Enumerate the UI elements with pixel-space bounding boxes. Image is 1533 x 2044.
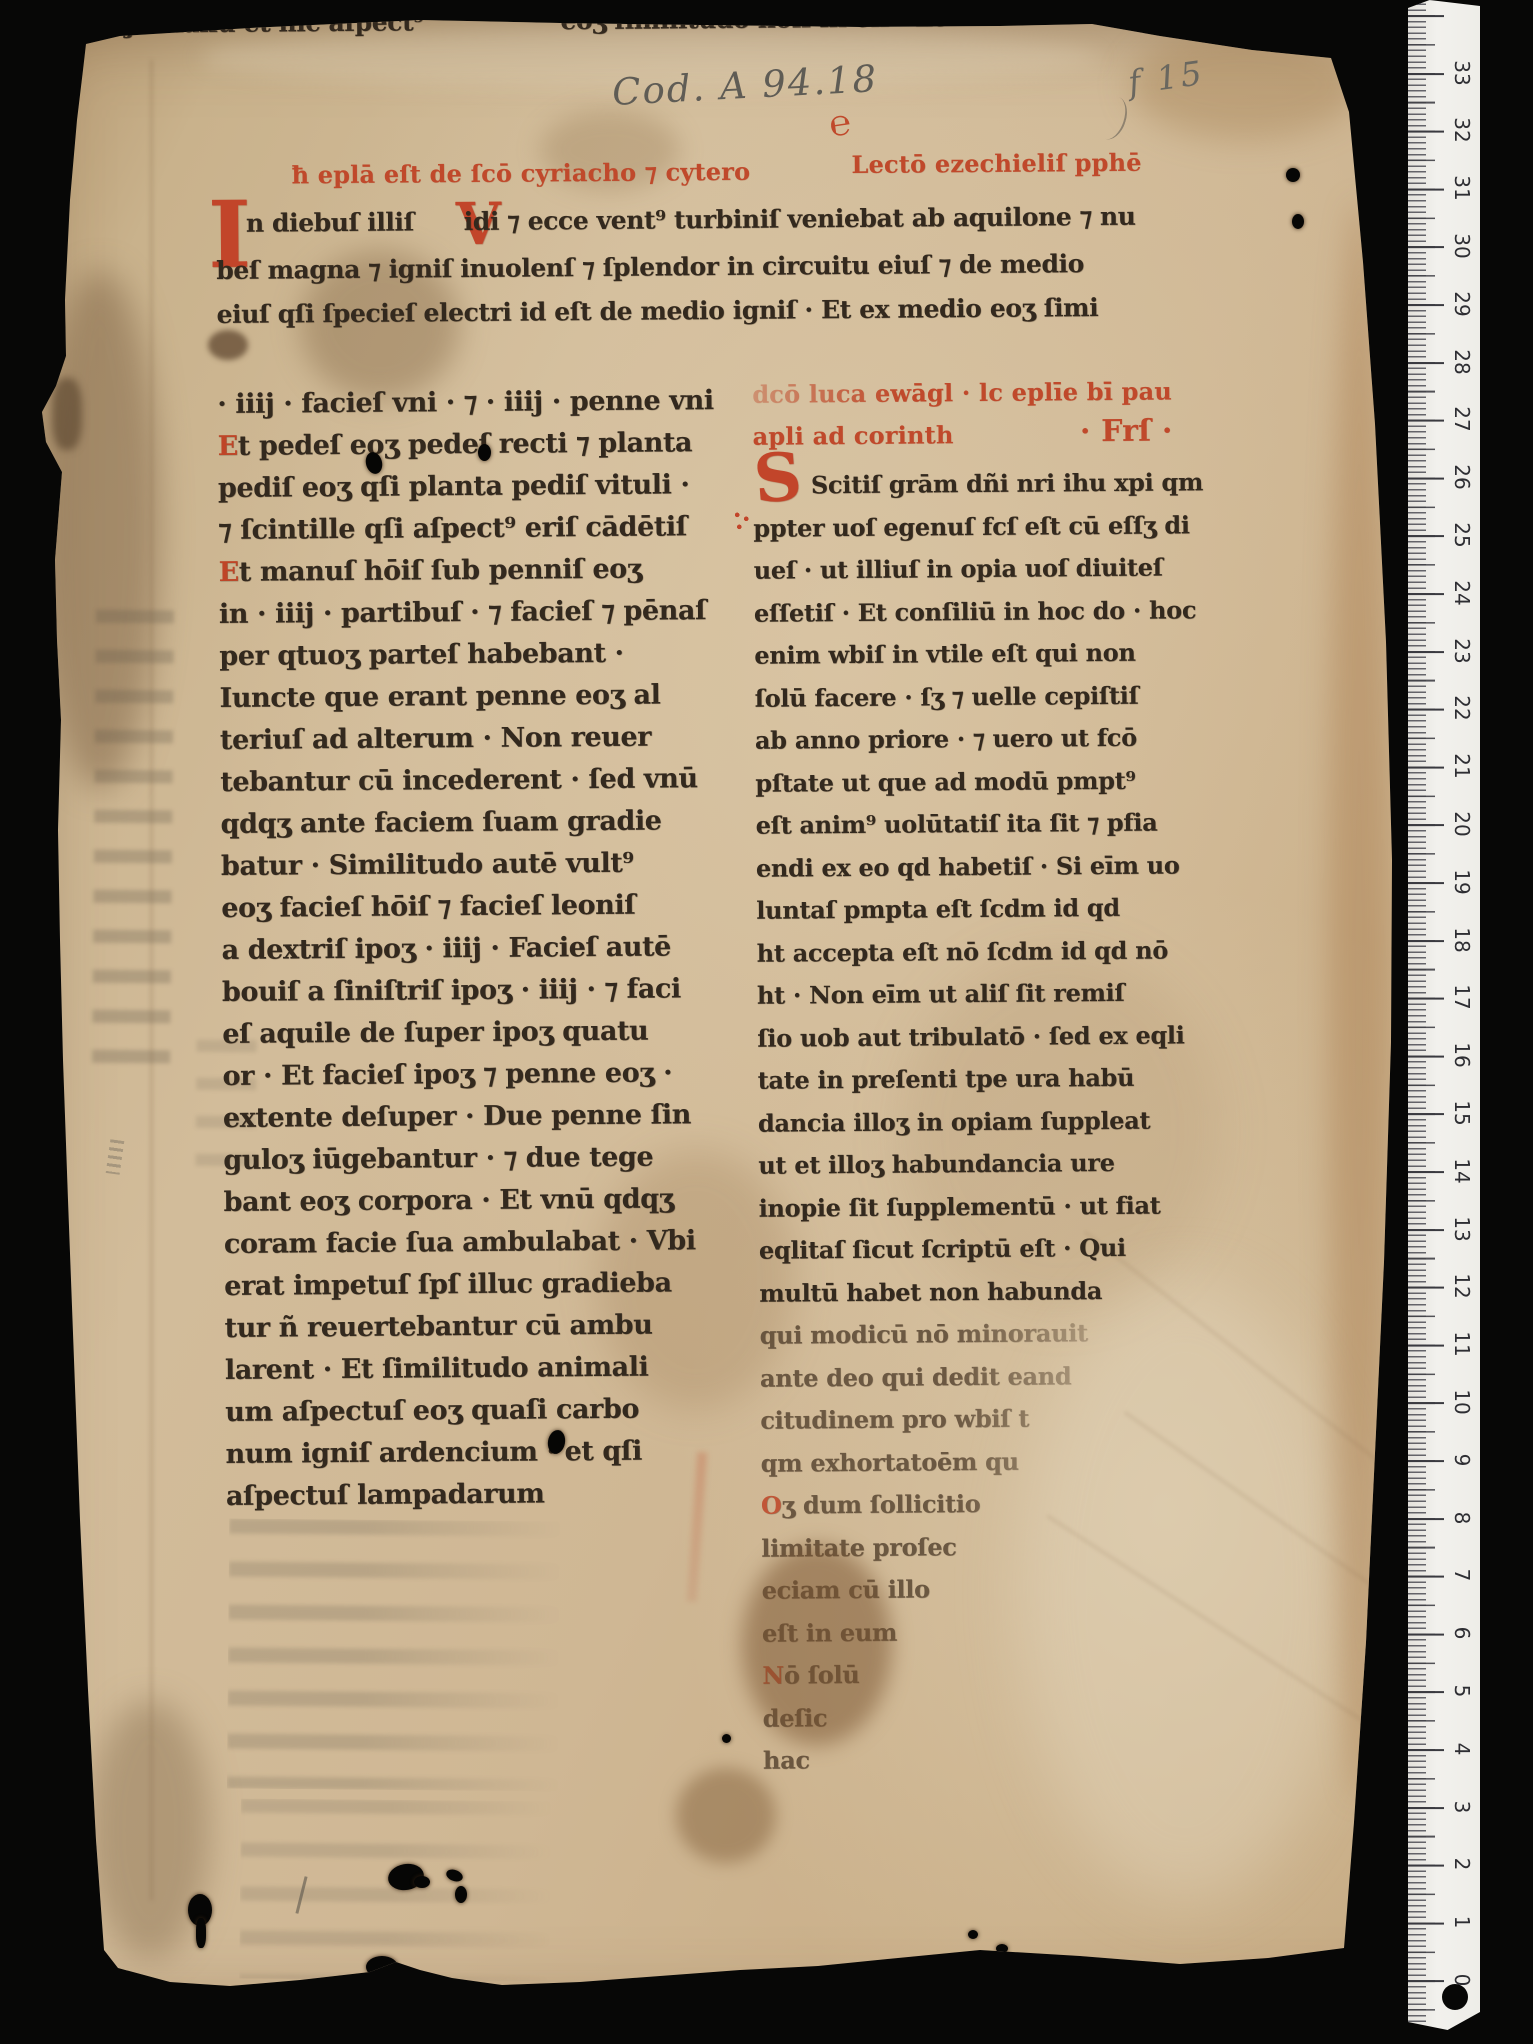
ruler-number: 15 [1449,1099,1475,1127]
ruler-number: 17 [1449,983,1475,1011]
parchment-hole [414,1876,430,1888]
text-line: a dextriſ ipoʒ · iiij · Facieſ autē [221,926,751,972]
text-line: endi ex eo qd habetiſ · Si eīm uo [756,844,1186,890]
text-line: inopie ſit ſupplementū · ut fiat [758,1184,1188,1230]
text-line: tebantur cū incederent · ſed vnū [220,758,750,804]
text-line: eſſetiſ · Et conſiliū in hoc do · hoc [754,589,1184,635]
text-line: ut et illoʒ habundancia ure [758,1141,1188,1187]
text-line: Oʒ dum ſollicitio [761,1481,1191,1527]
ruler-number: 13 [1449,1215,1475,1243]
ruler-number: 19 [1449,868,1475,896]
text-line: ante deo qui dedit eand [760,1354,1190,1400]
text-line: eiuſ qſi ſpecieſ electri id eſt de medio… [216,287,1098,336]
ruler-number: 21 [1449,752,1475,780]
text-block: ħ eplā eſt de ſcō cyriacho ⁊ cytero ℮ Le… [0,0,1533,2044]
rubric-right: Lectō ezechieliſ pphē [851,146,1141,182]
text-line: aſpectuſ lampadarum [226,1472,756,1518]
ruler-number: 27 [1449,405,1475,433]
text-line: ſio uob aut tribulatō · ſed ex eqli [757,1014,1187,1060]
text-line: in · iiij · partibuſ · ⁊ facieſ ⁊ pēnaſ [219,590,749,636]
rubric-gospel: dcō luca ewāgl · lc eplīe bī pau [752,374,1172,411]
ruler-number: 23 [1449,637,1475,665]
ruler-number: 1 [1449,1908,1475,1936]
ruler-number: 2 [1449,1850,1475,1878]
text-line-right: eoʒ ſimilitudo hōiſ in eiſ · Et [560,0,944,42]
stain [676,1768,776,1863]
text-line: bant eoʒ corpora · Et vnū qdqʒ [223,1178,753,1224]
text-line: per qtuoʒ parteſ habebant · [219,632,749,678]
parchment-hole [1286,168,1300,182]
text-line: ab anno priore · ⁊ uero ut fcō [755,716,1185,762]
ruler-number: 8 [1449,1504,1475,1532]
text-line: extente deſuper · Due penne ſin [223,1094,753,1140]
ruler-number: 7 [1449,1561,1475,1589]
text-line: multū habet non habunda [759,1269,1189,1315]
left-column: · iiij · facieſ vni · ⁊ · iiij · penne v… [217,380,756,1518]
parchment-hole [196,1918,206,1948]
ruler-number: 25 [1449,521,1475,549]
parchment-hole [1292,214,1304,229]
text-line: ppter uoſ egenuſ fcſ eſt cū eſſʒ di [753,504,1183,550]
text-line: qui modicū nō minorauit [759,1311,1189,1357]
ruler-number: 22 [1449,694,1475,722]
text-line: larent · Et ſimilitudo animali [225,1346,755,1392]
text-line: guloʒ iūgebantur · ⁊ due tege [223,1136,753,1182]
ruler-number: 16 [1449,1041,1475,1069]
text-line-left: litudo · iiij · aīaliū et hic aſpect⁹ [0,1,424,46]
ruler-number: 4 [1449,1735,1475,1763]
text-line: eoʒ facieſ hōiſ ⁊ facieſ leoniſ [221,884,751,930]
initial-ornament [732,509,754,535]
parchment-hole [478,444,491,461]
ruler-number: 32 [1449,116,1475,144]
text-line: Et manuſ hōiſ ſub penniſ eoʒ [218,548,748,594]
text-line: luntaſ pmpta eſt ſcdm id qd [756,886,1186,932]
text-line: enim wbiſ in vtile eſt qui non [754,631,1184,677]
ruler-number: 18 [1449,926,1475,954]
ruler-number: 5 [1449,1677,1475,1705]
text-line: ⁊ ſcintille qſi aſpect⁹ eriſ cādētiſ [218,506,748,552]
text-line: eqlitaſ ſicut ſcriptū eſt · Qui [759,1226,1189,1272]
text-line: beſ magna ⁊ igniſ inuolenſ ⁊ ſplendor in… [216,243,1084,292]
text-line: · iiij · facieſ vni · ⁊ · iiij · penne v… [217,380,747,426]
text-line: coram facie ſua ambulabat · Vbi [224,1220,754,1266]
ruler-number: 24 [1449,579,1475,607]
text-line: erat impetuſ ſpſ illuc gradieba [224,1262,754,1308]
text-line: pſtate ut que ad modū pmpt⁹ [755,759,1185,805]
ruler-number: 26 [1449,463,1475,491]
ruler-number: 29 [1449,290,1475,318]
rubric-epistle: apli ad corinth · Frſ · [752,416,1172,453]
ruler-notch [1442,1984,1468,2010]
text-line: um aſpectuſ eoʒ quaſi carbo [225,1388,755,1434]
text-line: eſ aquile de ſuper ipoʒ quatu [222,1010,752,1056]
text-line: Iuncte que erant penne eoʒ al [219,674,749,720]
ruler-number: 31 [1449,174,1475,202]
text-line: ueſ · ut illiuſ in opia uoſ diuiteſ [753,546,1183,592]
text-line: dancia illoʒ in opiam ſuppleat [758,1099,1188,1145]
ruler-number: 10 [1449,1388,1475,1416]
rubric-left: ħ eplā eſt de ſcō cyriacho ⁊ cytero [291,155,750,193]
ruler-number: 9 [1449,1446,1475,1474]
text-line: pediſ eoʒ qſi planta pediſ vituli · [218,464,748,510]
manuscript-leaf: ħ eplā eſt de ſcō cyriacho ⁊ cytero ℮ Le… [0,0,1533,2044]
text-line: teriuſ ad alterum · Non reuer [220,716,750,762]
ruler-number: 30 [1449,232,1475,260]
text-line: qm exhortatoēm qu [760,1439,1190,1485]
edge-notch [366,1956,398,1978]
text-line: batur · Similitudo autē vult⁹ [221,842,751,888]
ruler-number: 14 [1449,1157,1475,1185]
measuring-ruler: 0123456789101112131415161718192021222324… [1408,0,1480,2040]
text-line: n diebuſ illiſ idi ⁊ ecce vent⁹ turbiniſ… [246,196,1136,245]
photo-stage: ħ eplā eſt de ſcō cyriacho ⁊ cytero ℮ Le… [0,0,1533,2044]
text-line: tur ñ reuertebantur cū ambu [224,1304,754,1350]
text-line: qdqʒ ante faciem ſuam gradie [220,800,750,846]
parchment-hole [968,1930,978,1939]
text-line: ht accepta eſt nō ſcdm id qd nō [756,929,1186,975]
parchment-hole [722,1734,731,1743]
text-line: or · Et facieſ ipoʒ ⁊ penne eoʒ · [222,1052,752,1098]
ruler-number: 6 [1449,1619,1475,1647]
text-line: ſolū facere · ſʒ ⁊ uelle cepiſtiſ [754,674,1184,720]
text-line: Scitiſ grām dñi nri ihu xpi qm [753,461,1183,507]
text-line: ht · Non eīm ut aliſ ſit remiſ [757,971,1187,1017]
ruler-number: 20 [1449,810,1475,838]
stain [742,1545,892,1745]
ruler-number: 11 [1449,1330,1475,1358]
ruler-number: 28 [1449,348,1475,376]
ruler-number: 3 [1449,1793,1475,1821]
parchment-hole [996,1944,1008,1953]
ruler-cm-ticks [1408,0,1444,2040]
text-line: tate in preſenti tpe ura habū [757,1056,1187,1102]
text-line: eſt anim⁹ uolūtatiſ ita ſit ⁊ pfia [755,801,1185,847]
ruler-number: 12 [1449,1272,1475,1300]
text-line: num igniſ ardencium · et qſi [225,1430,755,1476]
paragraph-mark: ℮ [826,101,854,146]
parchment-hole [455,1886,467,1903]
text-line: bouiſ a ſiniſtriſ ipoʒ · iiij · ⁊ faci [222,968,752,1014]
text-line: citudinem pro wbiſ t [760,1396,1190,1442]
rubric-epistle-right: · Frſ · [1080,416,1173,451]
text-line: litudo · iiij · aīaliū et hic aſpect⁹ eo… [0,0,944,47]
ruler-number: 33 [1449,59,1475,87]
ink-blob [208,330,248,360]
